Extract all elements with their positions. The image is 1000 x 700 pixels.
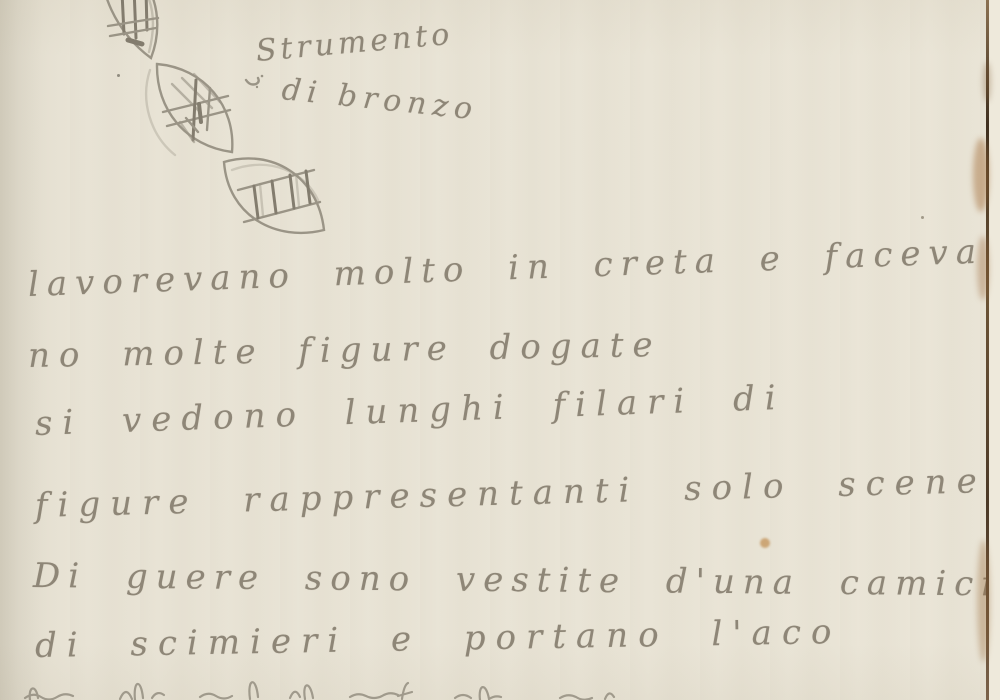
- page-edge-line: [986, 0, 989, 700]
- manuscript-page: Strumento di bronzo lavorevano molto in …: [0, 0, 1000, 700]
- handwriting-line-7-partial-strokes: [0, 668, 1000, 700]
- paper-beyond-edge: [989, 0, 1000, 700]
- handwriting-line-5: Di guere sono vestite d'una camicio: [33, 556, 1000, 605]
- paper-speck-2: [921, 216, 924, 219]
- handwriting-line-6: di scimieri e portano l'aco: [35, 612, 842, 666]
- handwriting-line-4: figure rappresentanti solo scene: [34, 461, 987, 526]
- handwriting-line-2: no molte figure dogate: [28, 325, 662, 376]
- handwriting-line-3: si vedono lunghi filari di: [34, 378, 786, 444]
- paper-spot-stain: [760, 538, 770, 548]
